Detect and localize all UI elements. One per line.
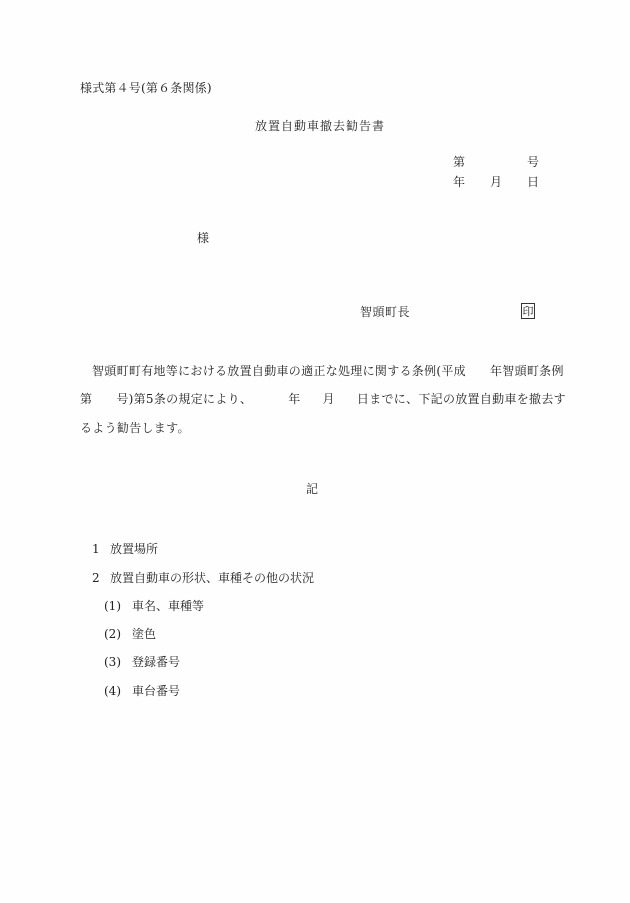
- body-text-segment: 年智頭町条例: [490, 364, 564, 378]
- list-item-number: 1: [92, 541, 110, 557]
- seal-mark-icon: 印: [521, 303, 535, 319]
- body-text-segment: 月: [323, 392, 335, 406]
- sub-list-item-number: (2): [104, 626, 132, 642]
- sub-list-item-number: (4): [104, 683, 132, 699]
- sub-list-item-label: 車名、車種等: [132, 598, 204, 614]
- sub-list-item-label: 車台番号: [132, 683, 180, 699]
- date-year: 年: [453, 174, 465, 190]
- date-day: 日: [527, 174, 539, 190]
- body-text-segment: 年: [288, 392, 300, 406]
- date-month: 月: [490, 174, 502, 190]
- document-title: 放置自動車撤去勧告書: [255, 118, 385, 134]
- sub-list-item: (4) 車台番号: [104, 683, 180, 699]
- reference-number: 第 号: [453, 154, 539, 170]
- notes-heading: 記: [306, 481, 318, 497]
- body-text-segment: 日までに、下記の放置自動車を撤去す: [357, 392, 566, 406]
- sub-list-item-number: (1): [104, 598, 132, 614]
- reference-number-suffix: 号: [527, 154, 539, 170]
- body-text-segment: 智頭町町有地等における放置自動車の適正な処理に関する条例(平成: [92, 364, 466, 378]
- list-item-label: 放置自動車の形状、車種その他の状況: [110, 570, 314, 586]
- list-item: 1 放置場所: [92, 541, 158, 557]
- list-item-label: 放置場所: [110, 541, 158, 557]
- body-text-line-3: るよう勧告します。: [80, 420, 550, 436]
- document-page: 様式第４号(第６条関係) 放置自動車撤去勧告書 第 号 年 月 日 様 智頭町長…: [0, 0, 630, 903]
- sub-list-item-label: 塗色: [132, 626, 156, 642]
- body-text-segment: 第: [80, 392, 92, 406]
- sub-list-item: (1) 車名、車種等: [104, 598, 204, 614]
- body-text-segment: 号)第5条の規定により、: [116, 392, 252, 406]
- list-item-number: 2: [92, 570, 110, 586]
- sub-list-item: (3) 登録番号: [104, 654, 180, 670]
- form-number: 様式第４号(第６条関係): [80, 80, 212, 96]
- sub-list-item-label: 登録番号: [132, 654, 180, 670]
- list-item: 2 放置自動車の形状、車種その他の状況: [92, 570, 314, 586]
- body-text-line-1: 智頭町町有地等における放置自動車の適正な処理に関する条例(平成年智頭町条例: [80, 363, 550, 379]
- reference-number-prefix: 第: [453, 154, 465, 170]
- issue-date: 年 月 日: [453, 174, 539, 190]
- addressee-honorific: 様: [197, 230, 209, 246]
- sub-list-item: (2) 塗色: [104, 626, 156, 642]
- sub-list-item-number: (3): [104, 654, 132, 670]
- body-text-line-2: 第号)第5条の規定により、年月日までに、下記の放置自動車を撤去す: [80, 391, 550, 407]
- issuer-name: 智頭町長: [360, 304, 410, 320]
